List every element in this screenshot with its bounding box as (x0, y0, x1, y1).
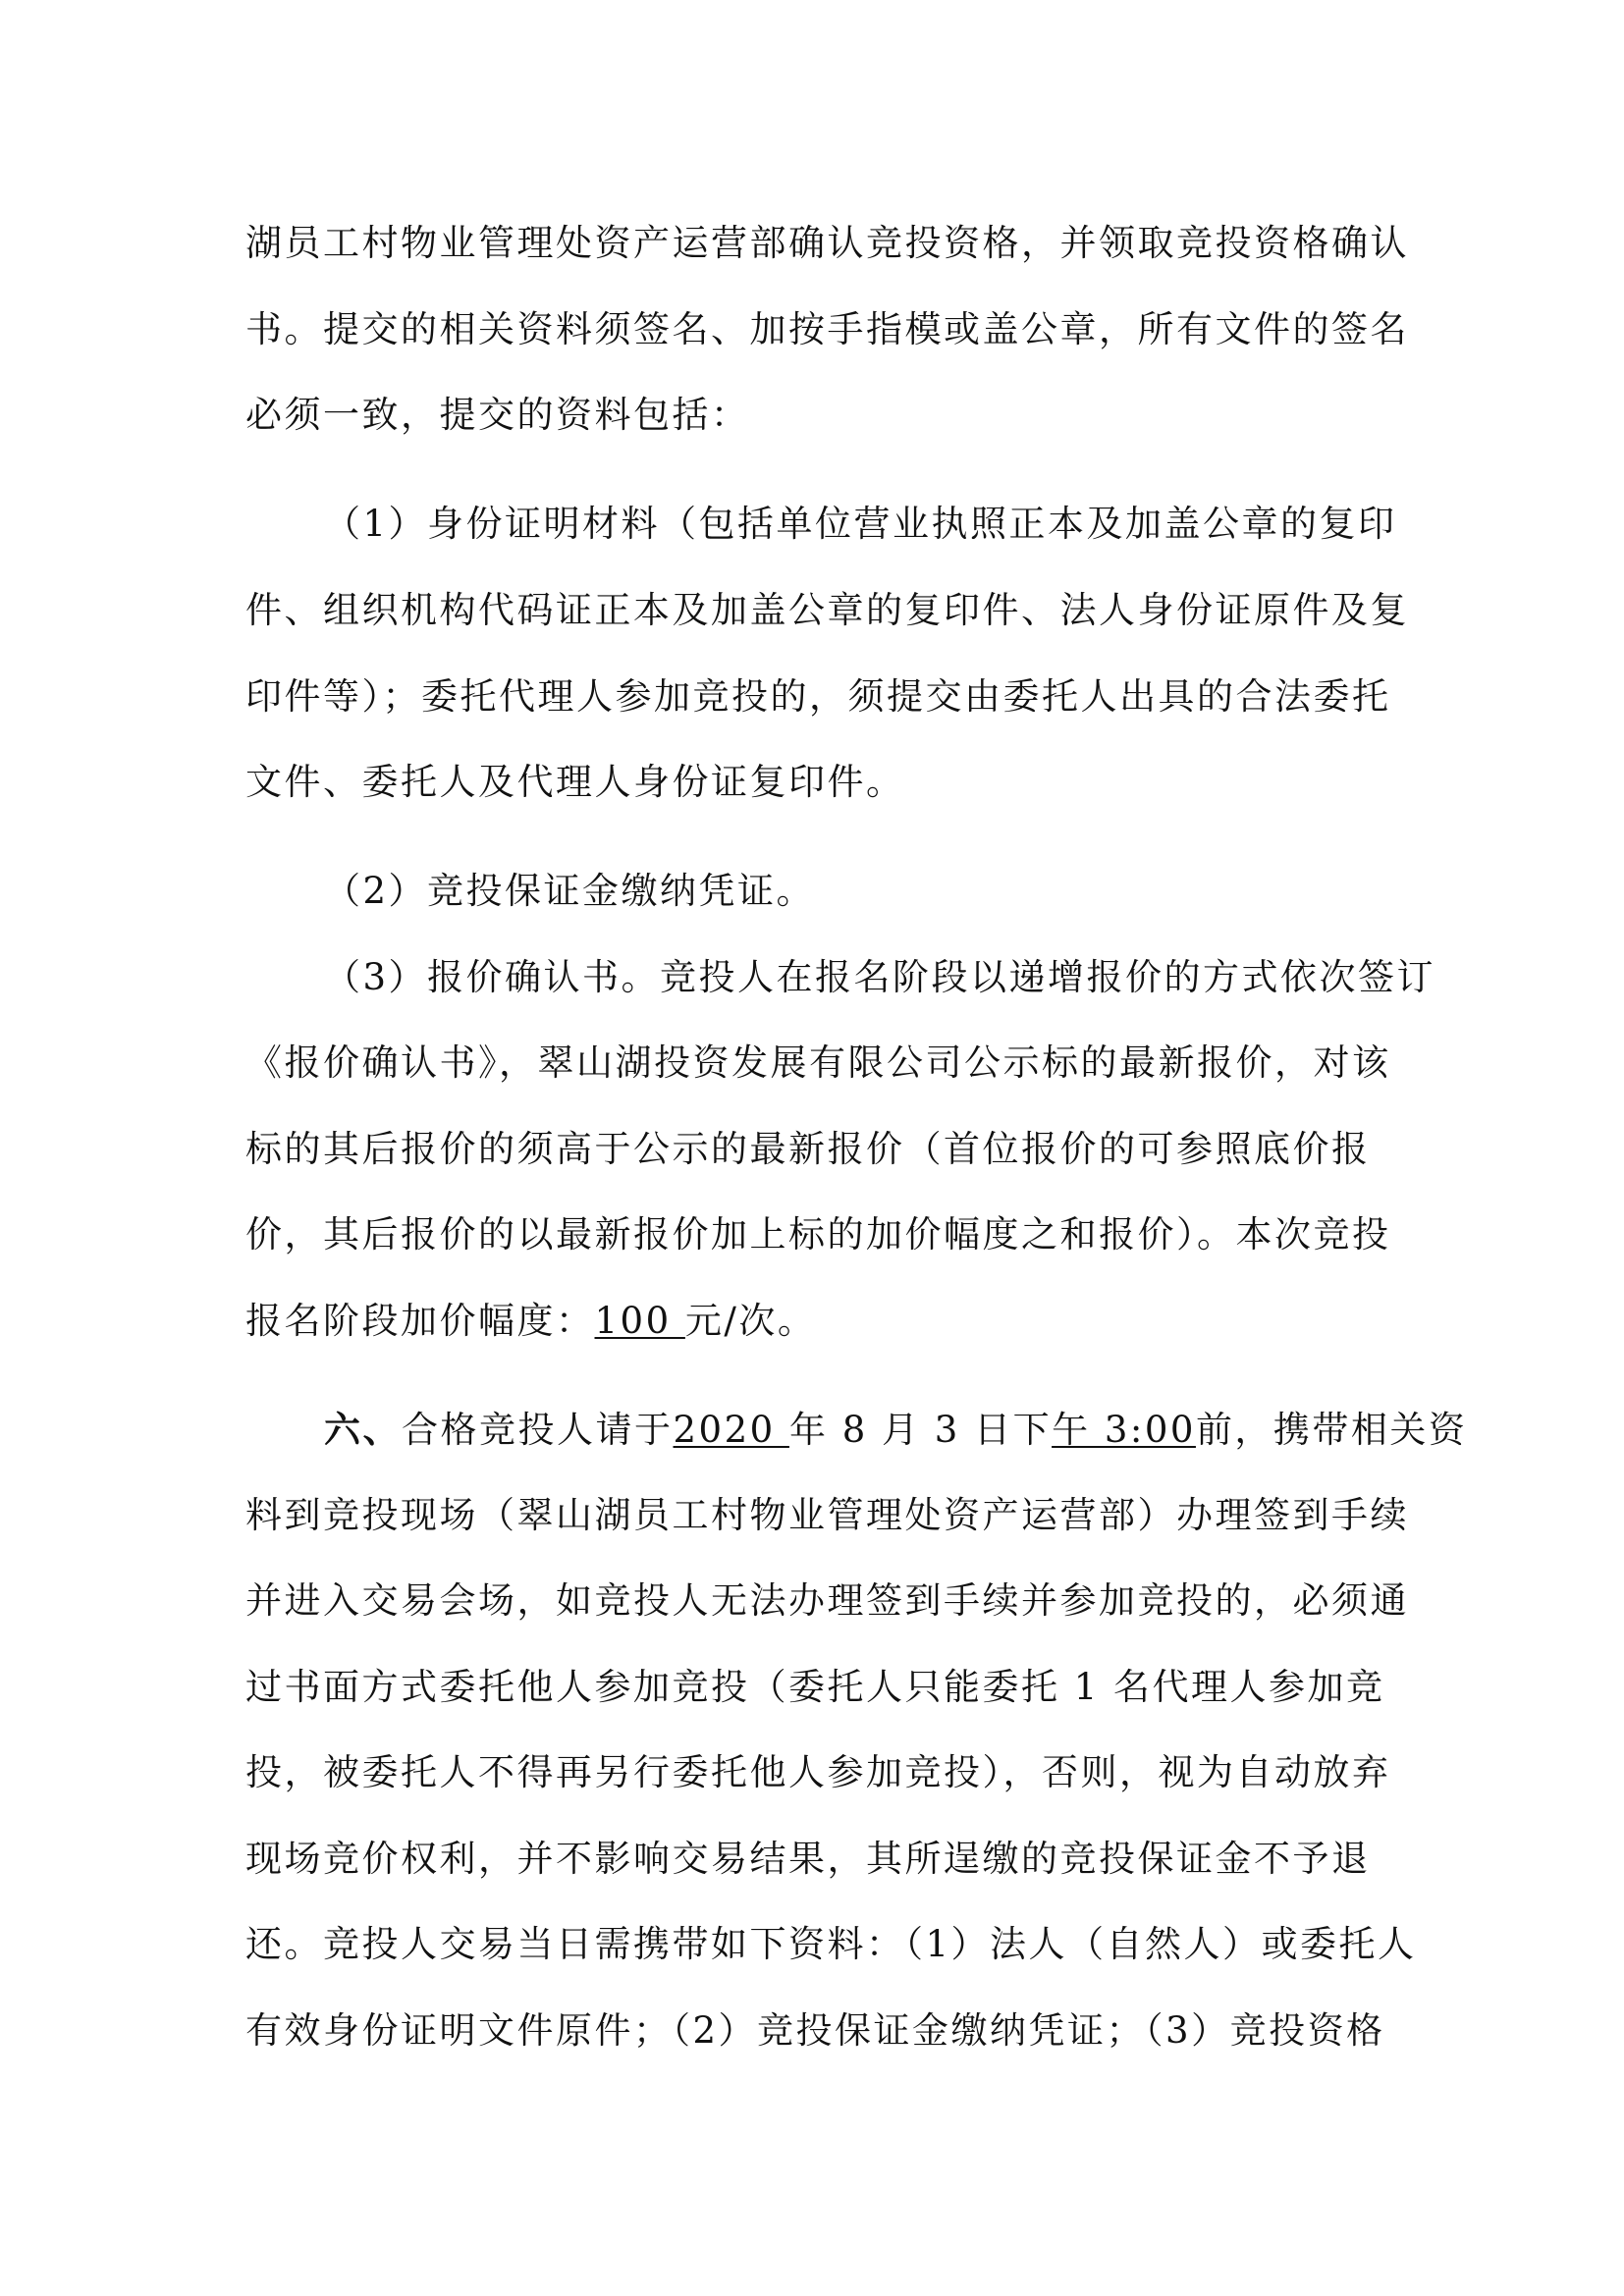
paragraph-line: 湖员工村物业管理处资产运营部确认竞投资格，并领取竞投资格确认 (245, 222, 1384, 265)
section-6-text-tail: 前，携带相关资 (1196, 1409, 1468, 1451)
list-item-3-line: 《报价确认书》，翠山湖投资发展有限公司公示标的最新报价，对该 (245, 1041, 1384, 1085)
document-page: 湖员工村物业管理处资产运营部确认竞投资格，并领取竞投资格确认 书。提交的相关资料… (0, 0, 1624, 2296)
section-6-line: 还。竞投人交易当日需携带如下资料：（1）法人（自然人）或委托人 (245, 1923, 1384, 1966)
section-6-line: 料到竞投现场（翠山湖员工村物业管理处资产运营部）办理签到手续 (245, 1494, 1384, 1537)
list-item-1-line: 印件等）；委托代理人参加竞投的，须提交由委托人出具的合法委托 (245, 675, 1384, 719)
section-6-line: 投，被委托人不得再另行委托他人参加竞投），否则，视为自动放弃 (245, 1751, 1384, 1794)
list-item-1-line: 文件、委托人及代理人身份证复印件。 (245, 761, 1384, 804)
section-6-text: 合格竞投人请于 (402, 1409, 674, 1451)
section-6-line: 过书面方式委托他人参加竞投（委托人只能委托 1 名代理人参加竞 (245, 1666, 1384, 1709)
bid-increment-unit: 元/次。 (685, 1300, 816, 1342)
list-item-1-line: （1）身份证明材料（包括单位营业执照正本及加盖公章的复印 (324, 503, 1463, 546)
list-item-3-line: （3）报价确认书。竞投人在报名阶段以递增报价的方式依次签订 (324, 956, 1463, 999)
section-6-year: 2020 (674, 1409, 789, 1451)
list-item-2-line: （2）竞投保证金缴纳凭证。 (324, 870, 1463, 913)
list-item-3-line: 标的其后报价的须高于公示的最新报价（首位报价的可参照底价报 (245, 1128, 1384, 1171)
section-6-line: 现场竞价权利，并不影响交易结果，其所逞缴的竞投保证金不予退 (245, 1838, 1384, 1881)
list-item-3-line: 价，其后报价的以最新报价加上标的加价幅度之和报价）。本次竞投 (245, 1213, 1384, 1256)
section-6-line: 并进入交易会场，如竞投人无法办理签到手续并参加竞投的，必须通 (245, 1579, 1384, 1623)
paragraph-line: 书。提交的相关资料须签名、加按手指模或盖公章，所有文件的签名 (245, 308, 1384, 351)
section-6-heading: 六、 (324, 1408, 402, 1451)
section-6-time: 午 3:00 (1052, 1409, 1196, 1451)
list-item-1-line: 件、组织机构代码证正本及加盖公章的复印件、法人身份证原件及复 (245, 589, 1384, 632)
section-6-date: 年 8 月 3 日下 (789, 1409, 1052, 1451)
bid-increment-line: 报名阶段加价幅度：100 元/次。 (245, 1300, 1384, 1343)
section-6-first-line: 六、合格竞投人请于2020 年 8 月 3 日下午 3:00前，携带相关资 (324, 1408, 1463, 1451)
bid-increment-label: 报名阶段加价幅度： (245, 1300, 595, 1342)
bid-increment-amount: 100 (595, 1300, 685, 1342)
section-6-line: 有效身份证明文件原件；（2）竞投保证金缴纳凭证；（3）竞投资格 (245, 2009, 1384, 2053)
paragraph-line: 必须一致，提交的资料包括： (245, 394, 1384, 437)
